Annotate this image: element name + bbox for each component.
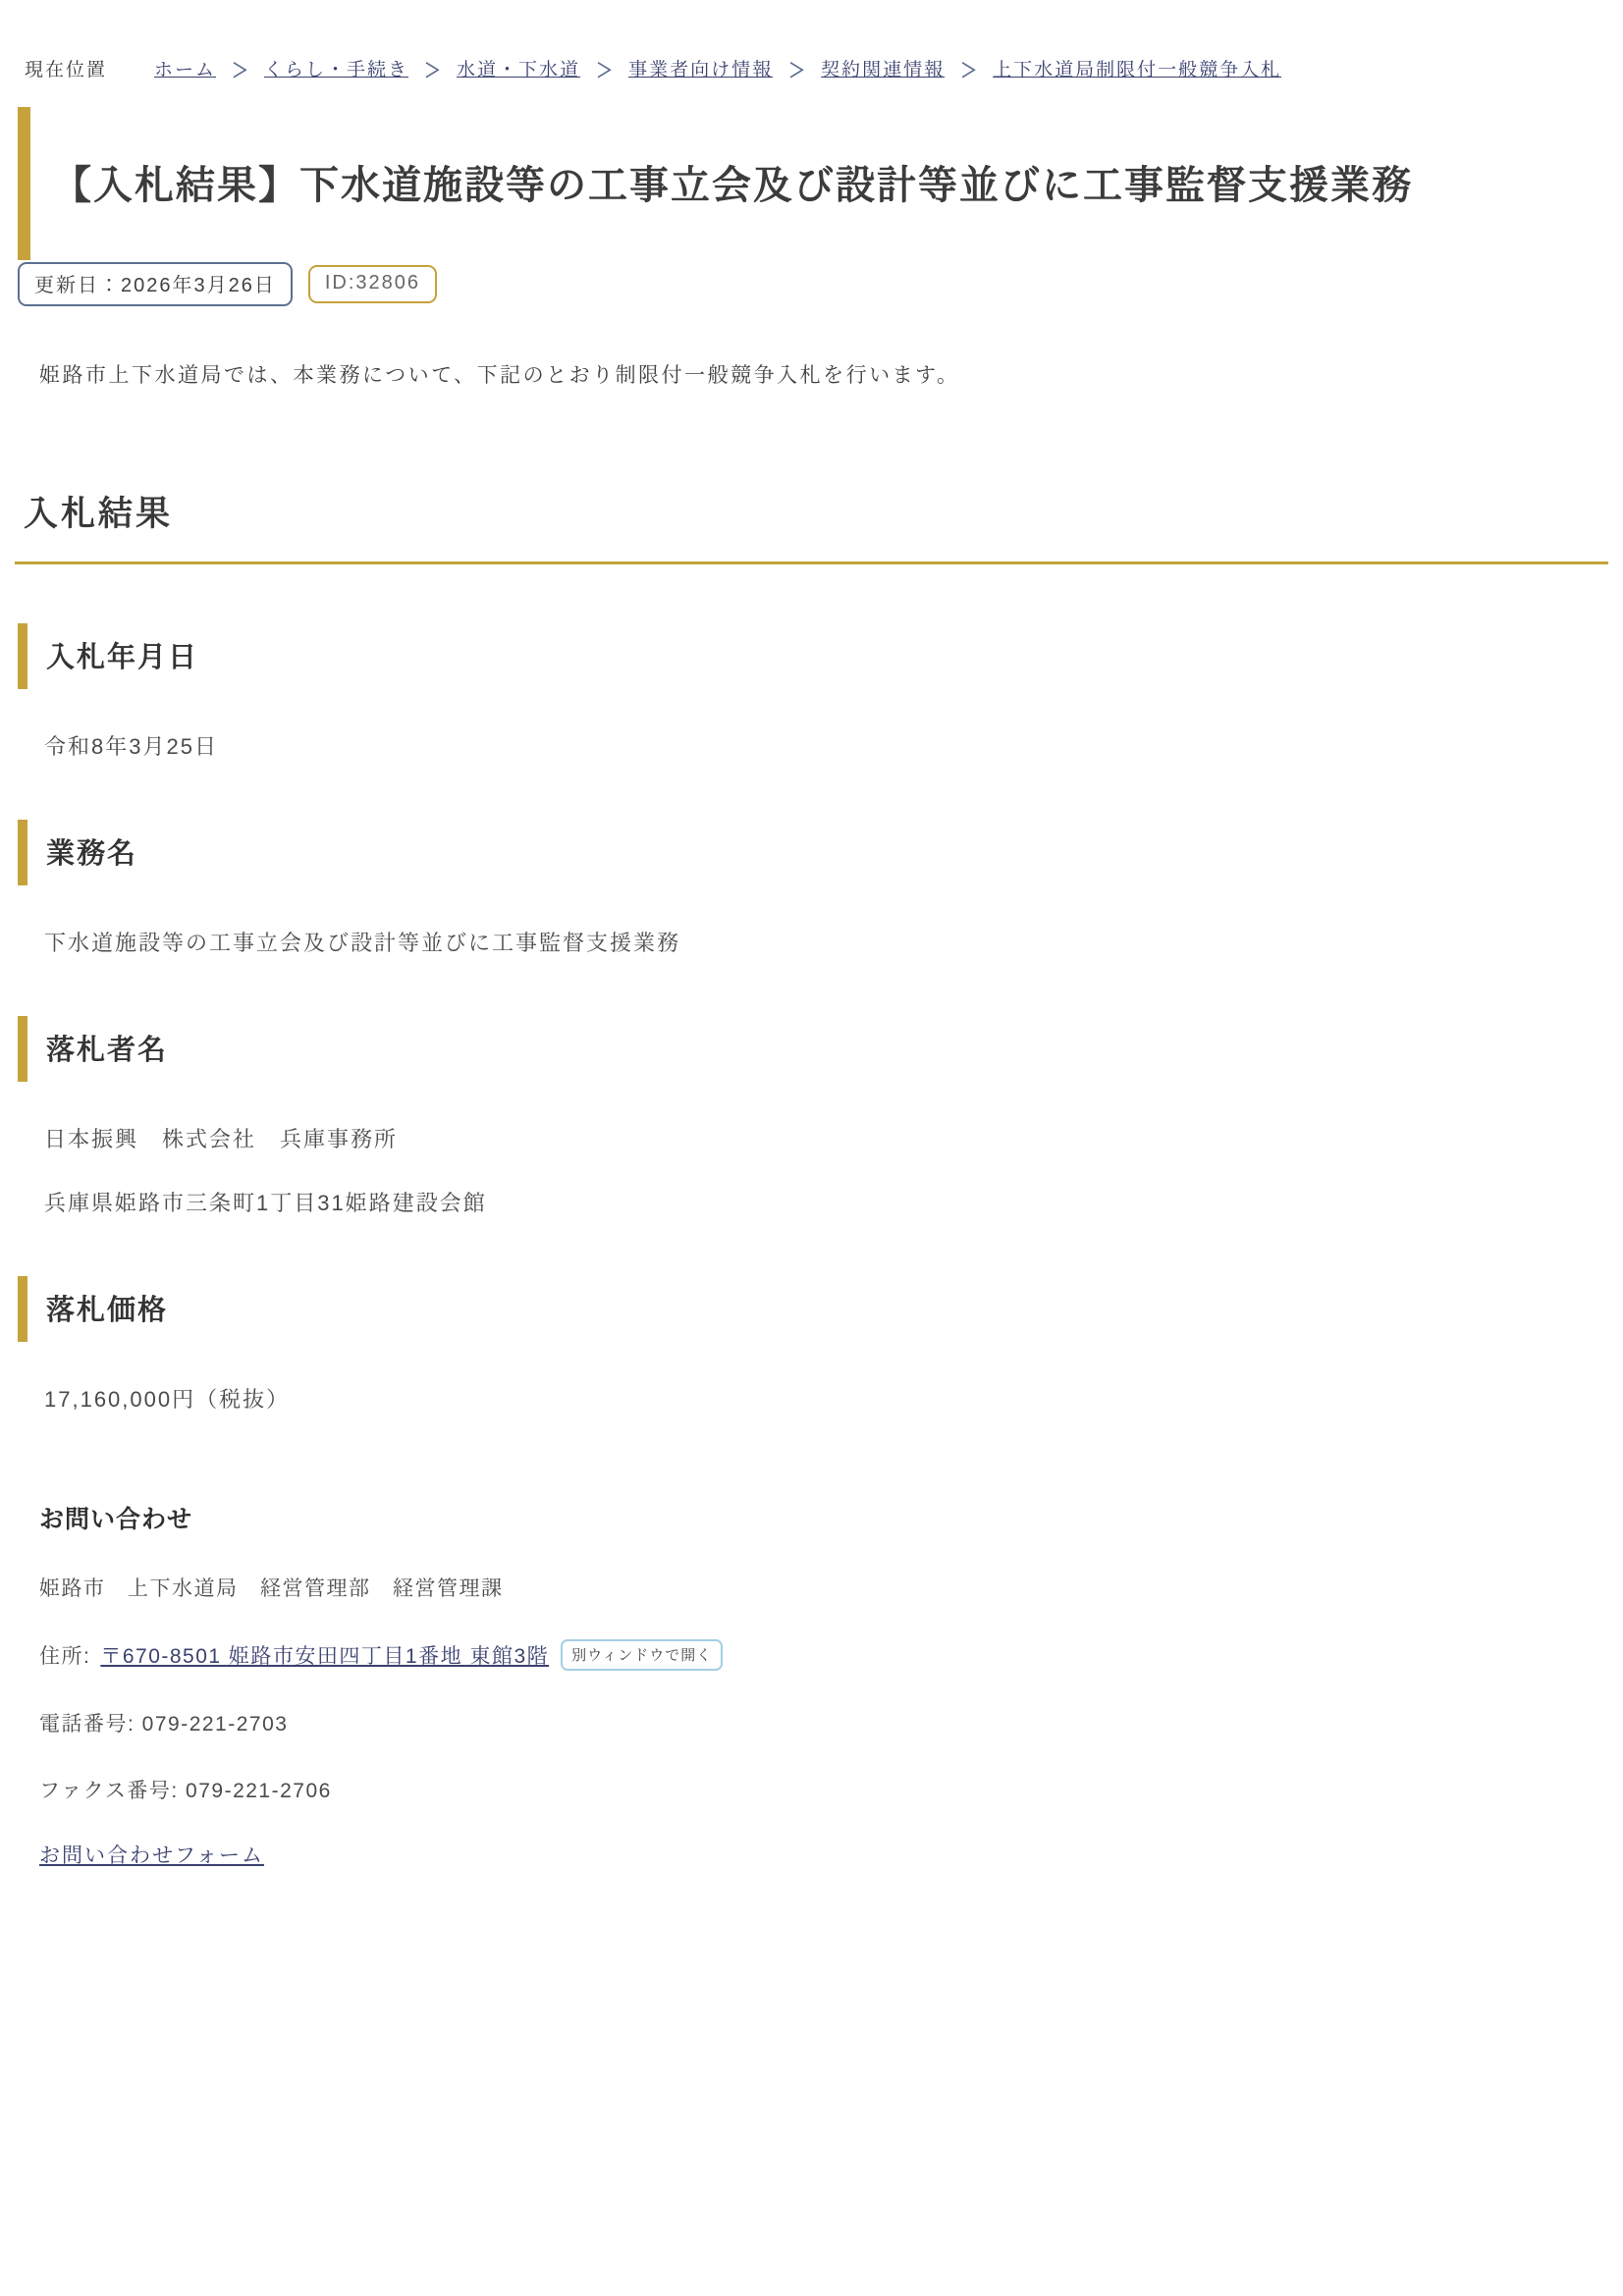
update-date-badge: 更新日：2026年3月26日 — [18, 262, 293, 306]
intro-text: 姫路市上下水道局では、本業務について、下記のとおり制限付一般競争入札を行います。 — [39, 359, 1584, 389]
contact-heading: お問い合わせ — [39, 1500, 1584, 1535]
breadcrumb: 現在位置 ホーム ＞ くらし・手続き ＞ 水道・下水道 ＞ 事業者向け情報 ＞ … — [0, 0, 1623, 81]
contact-block: お問い合わせ 姫路市 上下水道局 経営管理部 経営管理課 住所: 〒670-85… — [39, 1500, 1584, 1869]
contact-fax: ファクス番号: 079-221-2706 — [39, 1775, 1584, 1804]
section-business-name: 業務名 下水道施設等の工事立会及び設計等並びに工事監督支援業務 — [18, 820, 1603, 957]
breadcrumb-current-label: 現在位置 — [25, 55, 107, 81]
breadcrumb-link-restricted-bidding[interactable]: 上下水道局制限付一般競争入札 — [993, 55, 1281, 81]
new-window-icon: 別ウィンドウで開く — [561, 1639, 723, 1671]
section-bid-date: 入札年月日 令和8年3月25日 — [18, 623, 1603, 761]
meta-badges: 更新日：2026年3月26日 ID:32806 — [18, 262, 1623, 306]
winning-bidder-name: 日本振興 株式会社 兵庫事務所 — [44, 1123, 1603, 1153]
breadcrumb-link-water-sewer[interactable]: 水道・下水道 — [457, 55, 580, 81]
chevron-right-icon: ＞ — [232, 54, 248, 83]
page-title: 【入札結果】下水道施設等の工事立会及び設計等並びに工事監督支援業務 — [52, 160, 1594, 211]
contact-form-line: お問い合わせフォーム — [39, 1840, 1584, 1869]
section-winning-price: 落札価格 17,160,000円（税抜） — [18, 1276, 1603, 1414]
page-id-badge: ID:32806 — [308, 265, 437, 303]
breadcrumb-link-home[interactable]: ホーム — [154, 55, 216, 81]
business-name-value: 下水道施設等の工事立会及び設計等並びに工事監督支援業務 — [44, 927, 1603, 957]
address-label: 住所: — [39, 1640, 90, 1670]
results-heading-block: 入札結果 — [15, 487, 1608, 564]
bid-date-heading: 入札年月日 — [18, 623, 1603, 689]
address-map-link[interactable]: 〒670-8501 姫路市安田四丁目1番地 東館3階 — [100, 1640, 549, 1670]
contact-department: 姫路市 上下水道局 経営管理部 経営管理課 — [39, 1573, 1584, 1602]
winning-bidder-address: 兵庫県姫路市三条町1丁目31姫路建設会館 — [44, 1187, 1603, 1217]
business-name-heading: 業務名 — [18, 820, 1603, 885]
winning-price-heading: 落札価格 — [18, 1276, 1603, 1342]
section-winning-bidder: 落札者名 日本振興 株式会社 兵庫事務所 兵庫県姫路市三条町1丁目31姫路建設会… — [18, 1016, 1603, 1217]
contact-phone: 電話番号: 079-221-2703 — [39, 1708, 1584, 1737]
contact-form-link[interactable]: お問い合わせフォーム — [39, 1844, 264, 1867]
chevron-right-icon: ＞ — [960, 54, 977, 83]
contact-address-line: 住所: 〒670-8501 姫路市安田四丁目1番地 東館3階 別ウィンドウで開く — [39, 1639, 1584, 1671]
winning-price-value: 17,160,000円（税抜） — [44, 1383, 1603, 1414]
bid-date-value: 令和8年3月25日 — [44, 730, 1603, 761]
chevron-right-icon: ＞ — [596, 54, 613, 83]
breadcrumb-link-business-info[interactable]: 事業者向け情報 — [628, 55, 773, 81]
chevron-right-icon: ＞ — [788, 54, 805, 83]
chevron-right-icon: ＞ — [424, 54, 441, 83]
breadcrumb-link-contract-info[interactable]: 契約関連情報 — [821, 55, 945, 81]
results-heading: 入札結果 — [24, 487, 1608, 536]
breadcrumb-link-living-procedures[interactable]: くらし・手続き — [264, 55, 408, 81]
page-title-block: 【入札結果】下水道施設等の工事立会及び設計等並びに工事監督支援業務 — [18, 107, 1603, 260]
winning-bidder-heading: 落札者名 — [18, 1016, 1603, 1082]
